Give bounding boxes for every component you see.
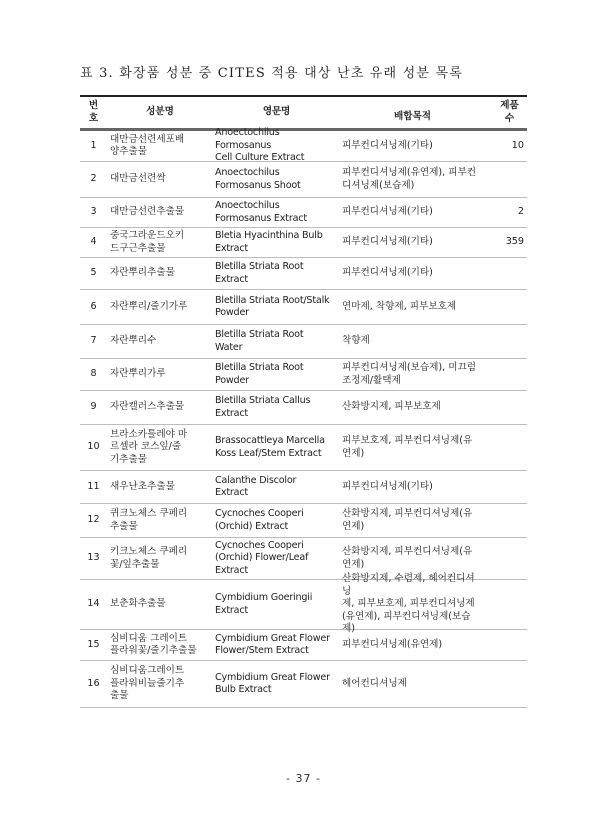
row-purpose-text: 피부컨디셔닝제(기타) — [342, 236, 433, 248]
row-purpose: 착향제 — [340, 325, 485, 358]
row-korean-name-text: 대만금선련추출물 — [110, 206, 184, 218]
row-english-name-text: Brassocattleya Marcella Koss Leaf/Stem E… — [215, 435, 325, 460]
row-product-count — [485, 471, 527, 503]
header-english-name: 영문명 — [212, 97, 340, 128]
row-korean-name-text: 자란뿌리가루 — [110, 368, 166, 380]
row-purpose: 연마제, 착향제, 피부보호제 — [340, 290, 485, 324]
row-purpose-text: 피부컨디셔닝제(기타) — [342, 267, 433, 279]
row-korean-name-text: 브라소카틀레야 마 르셀라 코스잎/줄 기추출물 — [110, 429, 187, 466]
table-row: 10브라소카틀레야 마 르셀라 코스잎/줄 기추출물Brassocattleya… — [80, 425, 527, 471]
row-product-count: 2 — [485, 198, 527, 227]
row-english-name-text: Cycnoches Cooperi (Orchid) Flower/Leaf E… — [215, 540, 308, 577]
row-number-text: 7 — [90, 335, 96, 347]
row-korean-name: 대만금선련싹 — [107, 162, 212, 197]
row-number: 3 — [80, 198, 107, 227]
row-english-name-text: Bletilla Striata Root Powder — [215, 362, 303, 387]
row-number: 9 — [80, 391, 107, 424]
table-row: 2대만금선련싹Anoectochilus Formosanus Shoot피부컨… — [80, 162, 527, 198]
row-number: 1 — [80, 131, 107, 161]
row-english-name-text: Calanthe Discolor Extract — [215, 475, 296, 500]
row-english-name: Anoectochilus Formosanus Shoot — [212, 162, 340, 197]
row-purpose: 산화방지제, 피부컨디셔닝제(유 연제) — [340, 504, 485, 537]
row-purpose-text: 산화방지제, 피부컨디셔닝제(유 연제) — [342, 508, 472, 533]
row-purpose-text: 피부보호제, 피부컨디셔닝제(유 연제) — [342, 435, 472, 460]
row-number-text: 16 — [87, 678, 99, 690]
row-purpose-text: 피부컨디셔닝제(보습제), 미끄럼 조정제/활택제 — [342, 362, 476, 387]
row-korean-name: 대만금선련추출물 — [107, 198, 212, 227]
row-english-name: Bletia Hyacinthina Bulb Extract — [212, 228, 340, 257]
row-product-count — [485, 258, 527, 289]
row-english-name-text: Bletilla Striata Callus Extract — [215, 395, 310, 420]
row-korean-name-text: 대만금선련싹 — [110, 173, 166, 185]
row-korean-name: 자란뿌리추출물 — [107, 258, 212, 289]
row-korean-name: 키크노체스 쿠페리 꽃/잎추출물 — [107, 538, 212, 579]
row-english-name: Brassocattleya Marcella Koss Leaf/Stem E… — [212, 425, 340, 470]
row-korean-name-text: 대만금선련세포배 양추출물 — [110, 134, 184, 159]
row-purpose: 피부보호제, 피부컨디셔닝제(유 연제) — [340, 425, 485, 470]
row-number-text: 5 — [90, 267, 96, 279]
row-korean-name: 새우난초추출물 — [107, 471, 212, 503]
table-row: 4중국그라운드오키 드구근추출물Bletia Hyacinthina Bulb … — [80, 228, 527, 258]
header-korean-name-label: 성분명 — [146, 106, 174, 118]
row-purpose-text: 착향제 — [342, 335, 370, 347]
row-english-name: Bletilla Striata Root Extract — [212, 258, 340, 289]
row-purpose-text: 피부컨디셔닝제(기타) — [342, 140, 433, 152]
row-english-name: Anoectochilus Formosanus Cell Culture Ex… — [212, 131, 340, 161]
row-korean-name-text: 키크노체스 쿠페리 꽃/잎추출물 — [110, 546, 187, 571]
row-number: 7 — [80, 325, 107, 358]
row-korean-name: 자란뿌리수 — [107, 325, 212, 358]
row-number: 2 — [80, 162, 107, 197]
row-product-count — [485, 325, 527, 358]
row-purpose: 산화방지제, 피부보호제 — [340, 391, 485, 424]
row-korean-name: 보춘화추출물 — [107, 580, 212, 629]
row-purpose: 피부컨디셔닝제(기타) — [340, 198, 485, 227]
row-product-count — [485, 290, 527, 324]
table-row: 14보춘화추출물Cymbidium Goeringii Extract산화방지제… — [80, 580, 527, 630]
row-number: 10 — [80, 425, 107, 470]
row-purpose: 산화방지제, 수렴제, 헤어컨디셔닝 제, 피부보호제, 피부컨디셔닝제 (유연… — [340, 580, 485, 629]
row-korean-name-text: 자란뿌리추출물 — [110, 267, 175, 279]
row-product-count — [485, 630, 527, 660]
row-korean-name-text: 자란뿌리수 — [110, 335, 156, 347]
row-korean-name: 심비디움그레이트 플라워비늘줄기추 출물 — [107, 661, 212, 707]
page-number: - 37 - — [0, 772, 607, 785]
row-product-count: 359 — [485, 228, 527, 257]
row-english-name-text: Cymbidium Goeringii Extract — [215, 592, 312, 617]
row-number: 5 — [80, 258, 107, 289]
row-number: 4 — [80, 228, 107, 257]
row-product-count-text: 359 — [506, 236, 524, 248]
row-purpose-text: 피부컨디셔닝제(유연제) — [342, 639, 442, 651]
header-number-label: 번 호 — [89, 100, 98, 125]
row-purpose: 피부컨디셔닝제(유연제) — [340, 630, 485, 660]
table-row: 16심비디움그레이트 플라워비늘줄기추 출물Cymbidium Great Fl… — [80, 661, 527, 708]
row-product-count — [485, 580, 527, 629]
row-purpose: 피부컨디셔닝제(보습제), 미끄럼 조정제/활택제 — [340, 359, 485, 390]
row-number: 14 — [80, 580, 107, 629]
row-korean-name-text: 자란캘러스추출물 — [110, 401, 184, 413]
row-product-count — [485, 391, 527, 424]
row-english-name: Cycnoches Cooperi (Orchid) Flower/Leaf E… — [212, 538, 340, 579]
row-english-name-text: Cymbidium Great Flower Flower/Stem Extra… — [215, 633, 330, 658]
table-row: 12퀴크노체스 쿠페리 추출물Cycnoches Cooperi (Orchid… — [80, 504, 527, 538]
row-number: 8 — [80, 359, 107, 390]
row-purpose-text: 피부컨디셔닝제(기타) — [342, 481, 433, 493]
row-number: 16 — [80, 661, 107, 707]
row-english-name: Calanthe Discolor Extract — [212, 471, 340, 503]
row-korean-name: 심비디움 그레이트 플라워꽃/줄기추출물 — [107, 630, 212, 660]
row-korean-name-text: 심비디움그레이트 플라워비늘줄기추 출물 — [110, 665, 184, 702]
row-english-name-text: Bletia Hyacinthina Bulb Extract — [215, 230, 323, 255]
row-number-text: 10 — [87, 441, 99, 453]
row-purpose: 피부컨디셔닝제(유연제), 피부컨 디셔닝제(보습제) — [340, 162, 485, 197]
row-korean-name-text: 퀴크노체스 쿠페리 추출물 — [110, 508, 187, 533]
row-product-count — [485, 162, 527, 197]
table-row: 15심비디움 그레이트 플라워꽃/줄기추출물Cymbidium Great Fl… — [80, 630, 527, 661]
row-english-name: Cymbidium Great Flower Flower/Stem Extra… — [212, 630, 340, 660]
row-purpose: 피부컨디셔닝제(기타) — [340, 131, 485, 161]
row-purpose: 헤어컨디셔닝제 — [340, 661, 485, 707]
row-number: 13 — [80, 538, 107, 579]
table-body: 1대만금선련세포배 양추출물Anoectochilus Formosanus C… — [80, 131, 527, 708]
row-product-count-text: 2 — [518, 206, 524, 218]
header-number: 번 호 — [80, 97, 107, 128]
row-product-count — [485, 504, 527, 537]
row-number-text: 1 — [90, 140, 96, 152]
header-product-count-label: 제품 수 — [500, 100, 519, 125]
row-korean-name-text: 자란뿌리/줄기가루 — [110, 301, 187, 313]
header-purpose: 배합목적 — [340, 97, 485, 128]
row-number-text: 12 — [87, 514, 99, 526]
row-purpose: 피부컨디셔닝제(기타) — [340, 228, 485, 257]
row-english-name: Bletilla Striata Root/Stalk Powder — [212, 290, 340, 324]
row-number-text: 2 — [90, 173, 96, 185]
row-english-name: Anoectochilus Formosanus Extract — [212, 198, 340, 227]
row-english-name-text: Anoectochilus Formosanus Cell Culture Ex… — [215, 127, 338, 164]
row-english-name-text: Bletilla Striata Root/Stalk Powder — [215, 295, 329, 320]
table-header-row: 번 호 성분명 영문명 배합목적 제품 수 — [80, 97, 527, 131]
row-purpose-text: 피부컨디셔닝제(유연제), 피부컨 디셔닝제(보습제) — [342, 167, 476, 192]
row-purpose-text: 피부컨디셔닝제(기타) — [342, 206, 433, 218]
row-number-text: 6 — [90, 301, 96, 313]
row-purpose-text: 헤어컨디셔닝제 — [342, 678, 407, 690]
table-row: 7자란뿌리수Bletilla Striata Root Water착향제 — [80, 325, 527, 359]
row-korean-name-text: 심비디움 그레이트 플라워꽃/줄기추출물 — [110, 633, 197, 658]
row-korean-name-text: 중국그라운드오키 드구근추출물 — [110, 230, 184, 255]
row-number: 15 — [80, 630, 107, 660]
row-english-name-text: Anoectochilus Formosanus Shoot — [215, 167, 301, 192]
row-number-text: 14 — [87, 598, 99, 610]
row-purpose-text: 산화방지제, 피부컨디셔닝제(유 연제) — [342, 546, 472, 571]
table-caption: 표 3. 화장품 성분 중 CITES 적용 대상 난초 유래 성분 목록 — [80, 62, 463, 81]
row-korean-name-text: 보춘화추출물 — [110, 598, 166, 610]
header-english-name-label: 영문명 — [263, 106, 290, 118]
row-product-count — [485, 425, 527, 470]
row-english-name: Bletilla Striata Root Water — [212, 325, 340, 358]
row-number-text: 4 — [90, 236, 96, 248]
row-english-name-text: Cycnoches Cooperi (Orchid) Extract — [215, 508, 304, 533]
table-row: 5자란뿌리추출물Bletilla Striata Root Extract피부컨… — [80, 258, 527, 290]
table-row: 1대만금선련세포배 양추출물Anoectochilus Formosanus C… — [80, 131, 527, 162]
row-korean-name: 브라소카틀레야 마 르셀라 코스잎/줄 기추출물 — [107, 425, 212, 470]
row-product-count — [485, 538, 527, 579]
row-korean-name: 퀴크노체스 쿠페리 추출물 — [107, 504, 212, 537]
row-number-text: 15 — [87, 639, 99, 651]
row-number: 6 — [80, 290, 107, 324]
row-korean-name: 대만금선련세포배 양추출물 — [107, 131, 212, 161]
row-number-text: 9 — [90, 401, 96, 413]
row-english-name: Bletilla Striata Callus Extract — [212, 391, 340, 424]
row-english-name: Cycnoches Cooperi (Orchid) Extract — [212, 504, 340, 537]
row-korean-name: 자란뿌리가루 — [107, 359, 212, 390]
cites-orchid-ingredient-table: 번 호 성분명 영문명 배합목적 제품 수 1대만금선련세포배 양추출물Anoe… — [80, 95, 527, 708]
row-english-name: Cymbidium Goeringii Extract — [212, 580, 340, 629]
row-korean-name-text: 새우난초추출물 — [110, 481, 175, 493]
row-product-count: 10 — [485, 131, 527, 161]
row-product-count — [485, 359, 527, 390]
header-korean-name: 성분명 — [107, 97, 212, 128]
row-product-count-text: 10 — [512, 140, 524, 152]
row-english-name: Cymbidium Great Flower Bulb Extract — [212, 661, 340, 707]
row-number-text: 11 — [87, 481, 99, 493]
table-row: 8자란뿌리가루Bletilla Striata Root Powder피부컨디셔… — [80, 359, 527, 391]
row-korean-name: 자란캘러스추출물 — [107, 391, 212, 424]
table-row: 9자란캘러스추출물Bletilla Striata Callus Extract… — [80, 391, 527, 425]
row-number-text: 8 — [90, 368, 96, 380]
row-korean-name: 자란뿌리/줄기가루 — [107, 290, 212, 324]
row-english-name-text: Cymbidium Great Flower Bulb Extract — [215, 672, 330, 697]
row-product-count — [485, 661, 527, 707]
row-number: 11 — [80, 471, 107, 503]
row-purpose: 피부컨디셔닝제(기타) — [340, 258, 485, 289]
row-number: 12 — [80, 504, 107, 537]
table-row: 3대만금선련추출물Anoectochilus Formosanus Extrac… — [80, 198, 527, 228]
table-row: 6자란뿌리/줄기가루Bletilla Striata Root/Stalk Po… — [80, 290, 527, 325]
row-number-text: 13 — [87, 552, 99, 564]
row-korean-name: 중국그라운드오키 드구근추출물 — [107, 228, 212, 257]
header-product-count: 제품 수 — [485, 97, 527, 128]
row-english-name-text: Anoectochilus Formosanus Extract — [215, 200, 307, 225]
row-purpose-text: 산화방지제, 수렴제, 헤어컨디셔닝 제, 피부보호제, 피부컨디셔닝제 (유연… — [342, 573, 483, 635]
table-row: 11새우난초추출물Calanthe Discolor Extract피부컨디셔닝… — [80, 471, 527, 504]
row-english-name: Bletilla Striata Root Powder — [212, 359, 340, 390]
row-purpose-text: 연마제, 착향제, 피부보호제 — [342, 301, 456, 313]
row-english-name-text: Bletilla Striata Root Extract — [215, 261, 303, 286]
row-english-name-text: Bletilla Striata Root Water — [215, 329, 303, 354]
row-number-text: 3 — [90, 206, 96, 218]
row-purpose: 피부컨디셔닝제(기타) — [340, 471, 485, 503]
row-purpose-text: 산화방지제, 피부보호제 — [342, 401, 441, 413]
header-purpose-label: 배합목적 — [394, 111, 431, 123]
